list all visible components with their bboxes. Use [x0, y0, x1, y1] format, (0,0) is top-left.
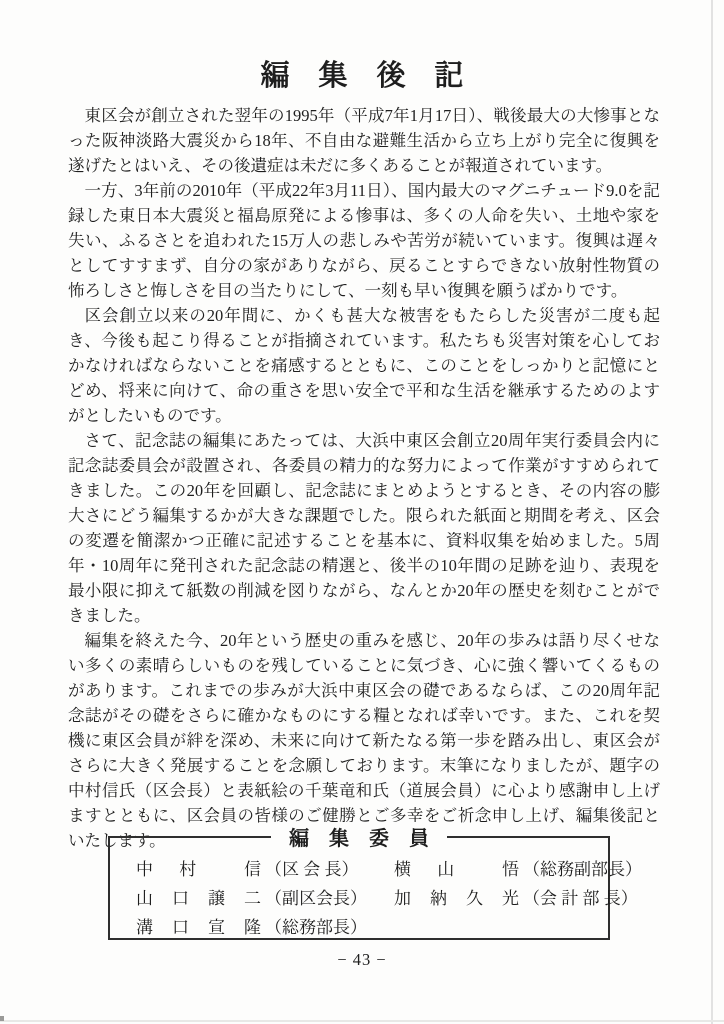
- committee-member: 溝 口 宣 隆（総務部長）: [136, 913, 394, 942]
- body-text: 東区会が創立された翌年の1995年（平成7年1月17日）、戦後最大の大惨事となっ…: [68, 103, 660, 853]
- member-role: （総務部長）: [265, 918, 367, 937]
- paragraph-5: 編集を終えた今、20年という歴史の重みを感じ、20年の歩みは語り尽くせない多くの…: [68, 628, 660, 853]
- member-role: （総務副部長）: [523, 860, 642, 879]
- paragraph-2: 一方、3年前の2010年（平成22年3月11日）、国内最大のマグニチュード9.0…: [68, 178, 660, 303]
- member-role: （区 会 長）: [265, 860, 359, 879]
- member-name: 溝 口 宣 隆: [136, 913, 261, 942]
- paragraph-3: 区会創立以来の20年間に、かくも甚大な被害をもたらした災害が二度も起き、今後も起…: [68, 303, 660, 428]
- member-role: （副区会長）: [265, 889, 367, 908]
- paragraph-1: 東区会が創立された翌年の1995年（平成7年1月17日）、戦後最大の大惨事となっ…: [68, 103, 660, 178]
- document-page: 編 集 後 記 東区会が創立された翌年の1995年（平成7年1月17日）、戦後最…: [0, 0, 724, 1024]
- member-name: 横 山 悟: [394, 855, 519, 884]
- scan-speck-artifact: [0, 1016, 4, 1021]
- committee-member: 山 口 譲 二（副区会長）: [136, 884, 394, 913]
- scan-edge-right-artifact: [711, 0, 713, 1024]
- committee-member: 横 山 悟（総務副部長）: [394, 855, 642, 884]
- committee-member: 加 納 久 光（会 計 部 長）: [394, 884, 642, 913]
- committee-box-title: 編 集 委 員: [271, 822, 447, 851]
- committee-member: 中 村 信（区 会 長）: [136, 855, 394, 884]
- paragraph-4: さて、記念誌の編集にあたっては、大浜中東区会創立20周年実行委員会内に記念誌委員…: [68, 428, 660, 628]
- committee-members: 中 村 信（区 会 長） 横 山 悟（総務副部長） 山 口 譲 二（副区会長） …: [110, 838, 608, 942]
- page-number: − 43 −: [0, 950, 724, 970]
- member-name: 中 村 信: [136, 855, 261, 884]
- member-name: 加 納 久 光: [394, 884, 519, 913]
- committee-member-empty: [394, 913, 642, 942]
- member-role: （会 計 部 長）: [523, 889, 638, 908]
- page-title: 編 集 後 記: [0, 53, 724, 94]
- member-name: 山 口 譲 二: [136, 884, 261, 913]
- scan-edge-bottom-artifact: [0, 1020, 724, 1022]
- committee-box: 編 集 委 員 中 村 信（区 会 長） 横 山 悟（総務副部長） 山 口 譲 …: [108, 836, 610, 940]
